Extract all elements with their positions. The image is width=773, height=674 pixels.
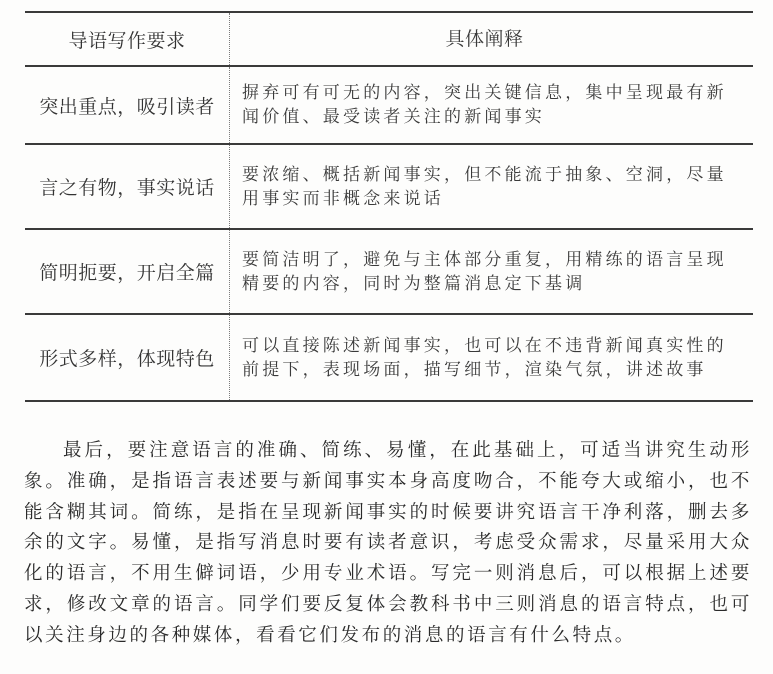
requirement-cell: 形式多样，体现特色 <box>25 315 230 400</box>
requirement-cell: 简明扼要，开启全篇 <box>25 230 230 313</box>
requirement-cell: 突出重点，吸引读者 <box>25 67 230 143</box>
table-row: 形式多样，体现特色 可以直接陈述新闻事实，也可以在不违背新闻真实性的前提下，表现… <box>25 315 753 402</box>
explanation-cell: 可以直接陈述新闻事实，也可以在不违背新闻真实性的前提下，表现场面，描写细节，渲染… <box>230 315 753 400</box>
table-header-row: 导语写作要求 具体阐释 <box>25 11 753 67</box>
explanation-cell: 要简洁明了，避免与主体部分重复，用精练的语言呈现精要的内容，同时为整篇消息定下基… <box>230 230 753 313</box>
explanation-cell: 要浓缩、概括新闻事实，但不能流于抽象、空洞，尽量用事实而非概念来说话 <box>230 145 753 228</box>
table-row: 突出重点，吸引读者 摒弃可有可无的内容，突出关键信息，集中呈现最有新闻价值、最受… <box>25 67 753 145</box>
header-explanation: 具体阐释 <box>230 13 753 65</box>
lead-writing-requirements-table: 导语写作要求 具体阐释 突出重点，吸引读者 摒弃可有可无的内容，突出关键信息，集… <box>25 11 753 402</box>
explanation-cell: 摒弃可有可无的内容，突出关键信息，集中呈现最有新闻价值、最受读者关注的新闻事实 <box>230 67 753 143</box>
requirement-cell: 言之有物，事实说话 <box>25 145 230 228</box>
header-requirement: 导语写作要求 <box>25 13 230 65</box>
table-row: 言之有物，事实说话 要浓缩、概括新闻事实，但不能流于抽象、空洞，尽量用事实而非概… <box>25 145 753 230</box>
table-row: 简明扼要，开启全篇 要简洁明了，避免与主体部分重复，用精练的语言呈现精要的内容，… <box>25 230 753 315</box>
body-paragraph: 最后，要注意语言的准确、简练、易懂，在此基础上，可适当讲究生动形象。准确，是指语… <box>24 436 752 652</box>
